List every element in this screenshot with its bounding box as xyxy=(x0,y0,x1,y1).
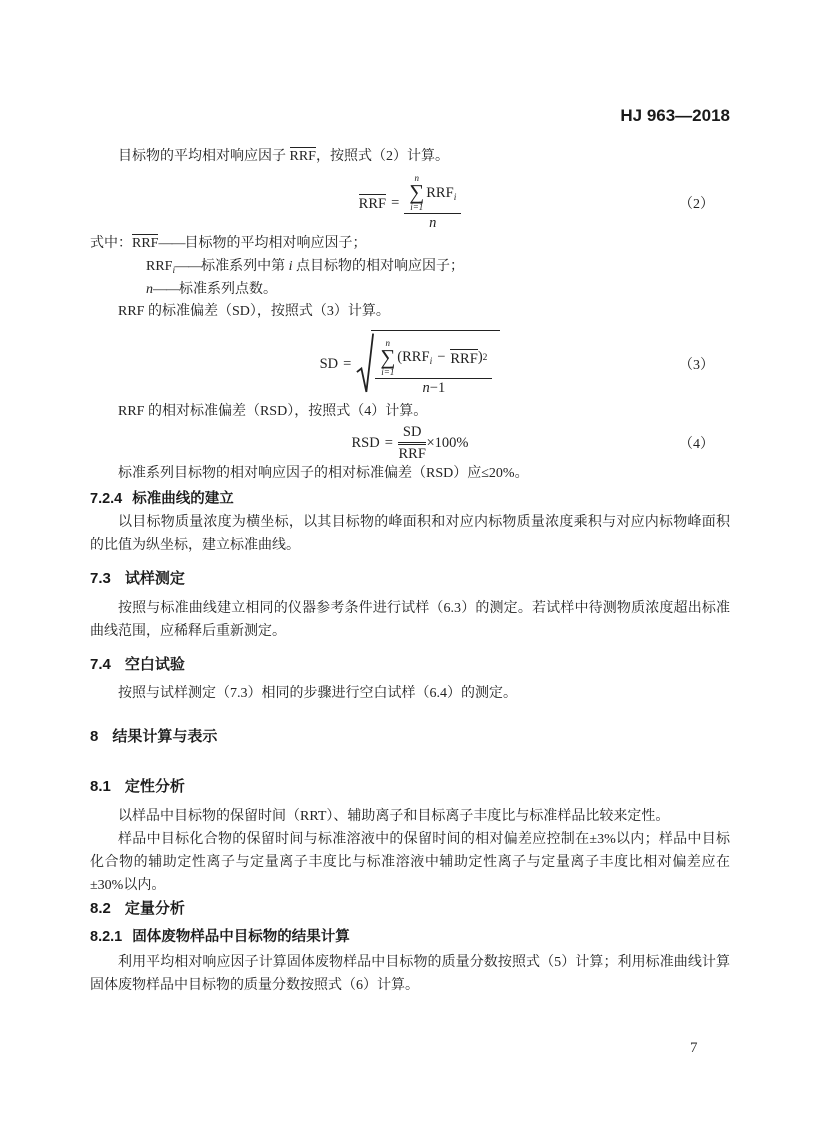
formula-3-block: SD = n ∑ i=1 ( xyxy=(90,327,730,401)
rrf-i-term: RRFi xyxy=(426,185,456,202)
def-text-post: 点目标物的相对响应因子； xyxy=(293,259,465,274)
formula-2: RRF = n ∑ i=1 RRFi n xyxy=(359,174,462,232)
sigma-symbol: ∑ xyxy=(380,348,395,368)
heading-title: 固体废物样品中目标物的结果计算 xyxy=(132,929,350,945)
paragraph-7-2-4: 以目标物质量浓度为横坐标，以其目标物的峰面积和对应内标物质量浓度乘积与对应内标物… xyxy=(90,511,730,557)
heading-number: 7.4 xyxy=(90,656,111,673)
equation-number: （4） xyxy=(679,433,714,453)
heading-7-3: 7.3试样测定 xyxy=(90,569,730,589)
intro-text-pre: 目标物的平均相对响应因子 xyxy=(118,149,290,164)
paragraph-7-4: 按照与试样测定（7.3）相同的步骤进行空白试样（6.4）的测定。 xyxy=(90,683,730,705)
where-row-1: 式中：RRF——目标物的平均相对响应因子； xyxy=(90,232,730,255)
heading-7-2-4: 7.2.4标准曲线的建立 xyxy=(90,489,730,509)
heading-7-4: 7.4空白试验 xyxy=(90,655,730,675)
summation: n ∑ i=1 xyxy=(380,339,395,377)
def-text: 目标物的平均相对响应因子； xyxy=(184,236,366,251)
formula-4-block: RSD = SD RRF ×100% （4） xyxy=(90,423,730,463)
den-rest: −1 xyxy=(430,380,445,396)
equals-sign: = xyxy=(391,195,399,212)
subscript-i: i xyxy=(454,193,457,203)
square-root: n ∑ i=1 ( RRFi − RRF ) 2 xyxy=(356,330,500,398)
equation-number: （2） xyxy=(679,193,714,213)
var-n: n xyxy=(423,380,430,396)
paragraph-8-1-a: 以样品中目标物的保留时间（RRT）、辅助离子和目标离子丰度比与标准样品比较来定性… xyxy=(90,806,730,828)
times-100-percent: ×100% xyxy=(426,435,468,452)
def-text-pre: 标准系列中第 xyxy=(201,259,289,274)
sigma-symbol: ∑ xyxy=(409,183,424,203)
formula-3: SD = n ∑ i=1 ( xyxy=(320,330,501,398)
sd-paragraph: RRF 的标准偏差（SD），按照式（3）计算。 xyxy=(90,301,730,323)
rsd-paragraph: RRF 的相对标准偏差（RSD），按照式（4）计算。 xyxy=(90,401,730,423)
where-row-3: n——标准系列点数。 xyxy=(90,278,730,301)
paren-close: ) xyxy=(478,349,483,366)
rsd-label: RSD xyxy=(352,435,380,452)
equals-sign: = xyxy=(343,356,351,373)
heading-title: 定性分析 xyxy=(125,778,185,795)
heading-8-2-1: 8.2.1固体废物样品中目标物的结果计算 xyxy=(90,927,730,947)
heading-number: 8.2.1 xyxy=(90,929,122,945)
heading-8: 8结果计算与表示 xyxy=(90,727,730,747)
equals-sign: = xyxy=(385,435,393,452)
fraction: n ∑ i=1 ( RRFi − RRF ) 2 xyxy=(375,339,492,397)
heading-title: 空白试验 xyxy=(125,656,185,673)
rrf-label: RRF xyxy=(402,349,429,365)
rrf-mean-symbol: RRF xyxy=(290,147,316,165)
formula-4: RSD = SD RRF ×100% xyxy=(352,424,469,463)
equation-number: （3） xyxy=(679,354,714,374)
heading-title: 标准曲线的建立 xyxy=(132,491,234,507)
rrf-mean-symbol: RRF xyxy=(398,444,425,463)
paragraph-8-1-b: 样品中目标化合物的保留时间与标准溶液中的保留时间的相对偏差应控制在±3%以内；样… xyxy=(90,828,730,897)
fraction-numerator: n ∑ i=1 ( RRFi − RRF ) 2 xyxy=(375,339,492,379)
rrf-i-symbol: RRFi xyxy=(146,259,175,274)
where-label: 式中： xyxy=(90,236,132,251)
where-block: 式中：RRF——目标物的平均相对响应因子； RRFi——标准系列中第 i 点目标… xyxy=(90,232,730,301)
fraction-numerator: SD xyxy=(398,424,427,443)
heading-number: 8.2 xyxy=(90,900,111,917)
heading-number: 8.1 xyxy=(90,778,111,795)
fraction-denominator: n xyxy=(429,214,436,232)
heading-number: 7.2.4 xyxy=(90,491,122,507)
summation: n ∑ i=1 xyxy=(409,174,424,212)
def-text: 标准系列点数。 xyxy=(179,282,277,297)
heading-8-1: 8.1定性分析 xyxy=(90,777,730,797)
heading-title: 结果计算与表示 xyxy=(112,728,217,745)
sd-label: SD xyxy=(320,356,339,373)
page-content: 目标物的平均相对响应因子 RRF，按照式（2）计算。 RRF = n ∑ i=1… xyxy=(90,0,730,997)
heading-number: 7.3 xyxy=(90,570,111,587)
fraction-denominator: n−1 xyxy=(423,379,446,397)
fraction-numerator: n ∑ i=1 RRFi xyxy=(404,174,461,214)
rrf-mean-symbol: RRF xyxy=(359,194,386,213)
heading-8-2: 8.2定量分析 xyxy=(90,899,730,919)
intro-paragraph: 目标物的平均相对响应因子 RRF，按照式（2）计算。 xyxy=(90,146,730,168)
fraction-denominator: RRF xyxy=(398,443,425,463)
subscript-i: i xyxy=(430,357,433,367)
rrf-mean-symbol: RRF xyxy=(132,234,158,252)
fraction: n ∑ i=1 RRFi n xyxy=(404,174,461,232)
fraction: SD RRF xyxy=(398,424,427,463)
var-n: n xyxy=(146,282,153,297)
document-page: HJ 963—2018 目标物的平均相对响应因子 RRF，按照式（2）计算。 R… xyxy=(0,0,816,1145)
page-number: 7 xyxy=(690,1040,698,1057)
def-dash: —— xyxy=(153,282,179,297)
rrf-label: RRF xyxy=(426,185,453,201)
intro-text-post: ，按照式（2）计算。 xyxy=(316,149,449,164)
sum-lower-limit: i=1 xyxy=(381,368,394,377)
paragraph-7-3: 按照与标准曲线建立相同的仪器参考条件进行试样（6.3）的测定。若试样中待测物质浓… xyxy=(90,597,730,643)
sum-lower-limit: i=1 xyxy=(410,203,423,212)
heading-title: 试样测定 xyxy=(125,570,185,587)
heading-title: 定量分析 xyxy=(125,900,185,917)
rrf-i-term: RRFi xyxy=(402,349,432,366)
def-dash: —— xyxy=(175,259,201,274)
heading-number: 8 xyxy=(90,728,98,745)
where-row-2: RRFi——标准系列中第 i 点目标物的相对响应因子； xyxy=(90,255,730,278)
rrf-mean-symbol: RRF xyxy=(450,349,477,368)
paragraph-8-2-1: 利用平均相对响应因子计算固体废物样品中目标物的质量分数按照式（5）计算；利用标准… xyxy=(90,951,730,997)
rrf-label: RRF xyxy=(146,259,172,274)
formula-2-block: RRF = n ∑ i=1 RRFi n （2） xyxy=(90,174,730,232)
def-dash: —— xyxy=(158,236,184,251)
rsd-limit-paragraph: 标准系列目标物的相对响应因子的相对标准偏差（RSD）应≤20%。 xyxy=(90,463,730,485)
minus-sign: − xyxy=(437,349,445,366)
radicand: n ∑ i=1 ( RRFi − RRF ) 2 xyxy=(371,330,500,397)
